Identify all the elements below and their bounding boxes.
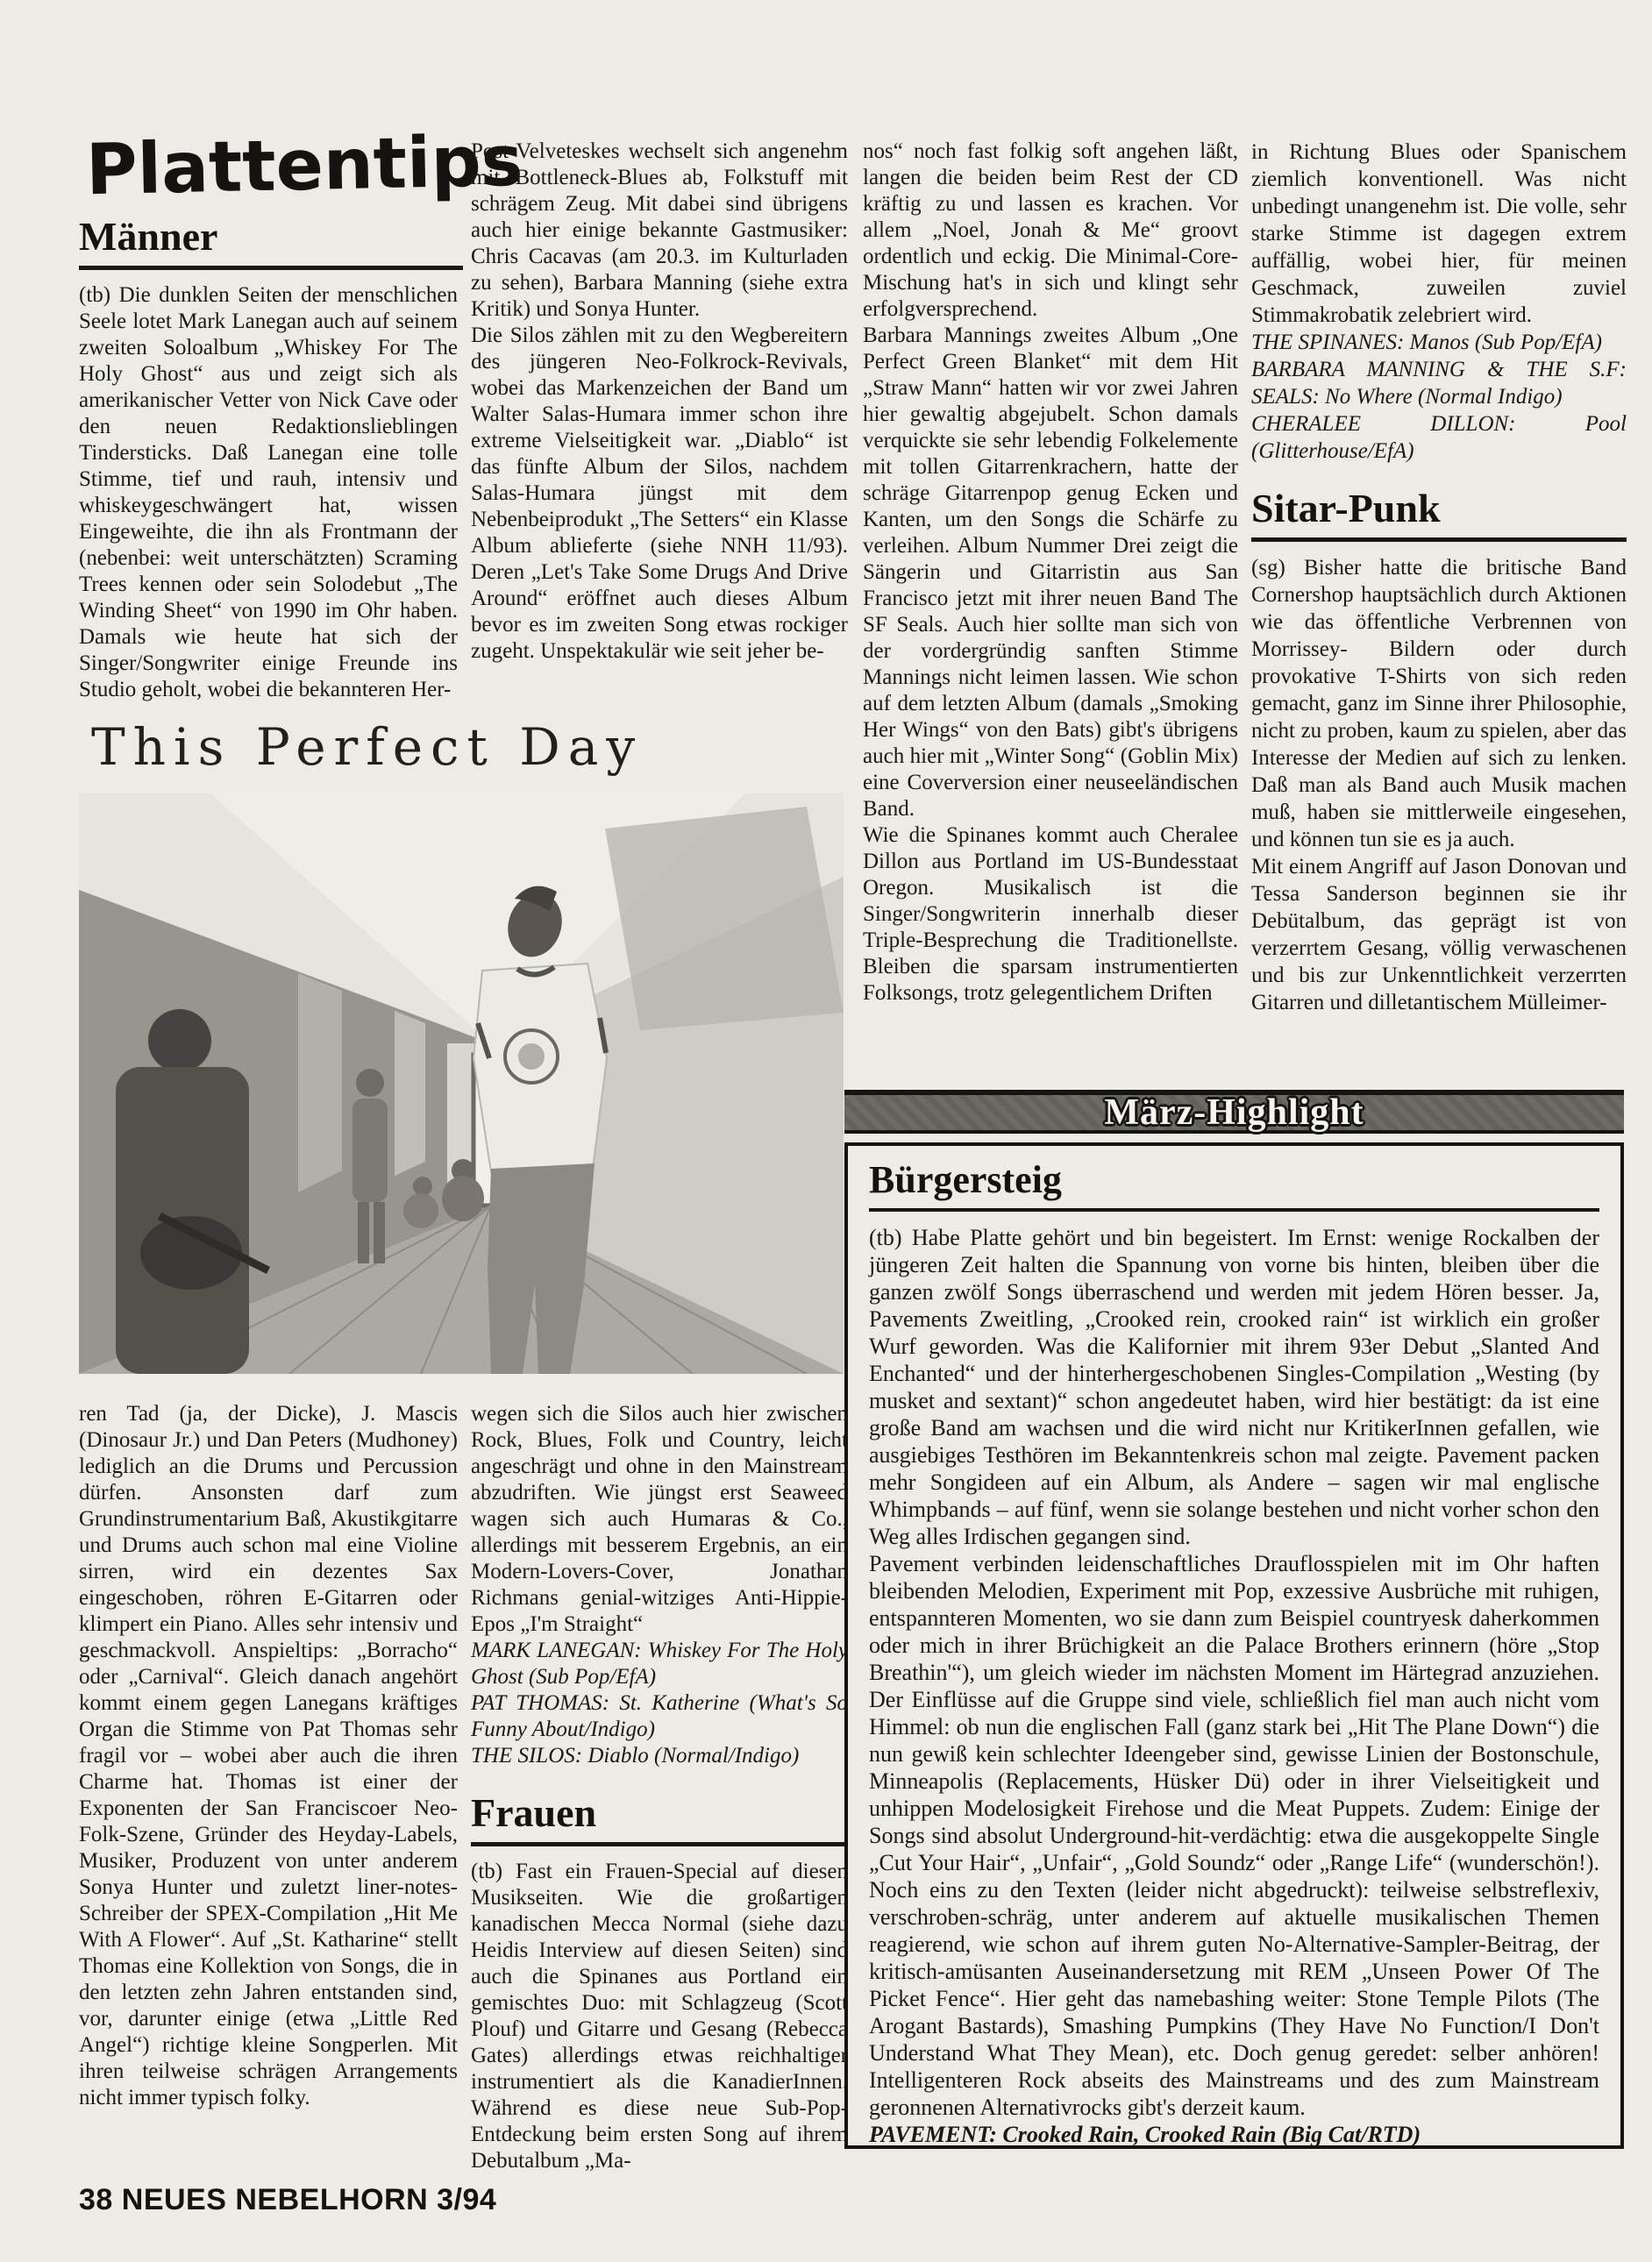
article-paragraph: wegen sich die Silos auch hier zwischen … — [471, 1401, 848, 1638]
highlight-review-text: (tb) Habe Platte gehört und bin begeiste… — [869, 1224, 1599, 2148]
album-credit-dillon: CHERALEE DILLON: Pool (Glitterhouse/EfA) — [1251, 410, 1627, 465]
article-paragraph: in Richtung Blues oder Spanischem ziemli… — [1251, 139, 1627, 329]
article-column-2-continued: wegen sich die Silos auch hier zwischen … — [471, 1401, 848, 2174]
article-paragraph: ren Tad (ja, der Dicke), J. Mascis (Dino… — [79, 1401, 458, 2111]
magazine-page: Plattentips Männer (tb) Die dunklen Seit… — [0, 0, 1652, 2262]
article-column-3: nos“ noch fast folkig soft angehen läßt,… — [863, 139, 1238, 1007]
photo-headline-this-perfect-day: This Perfect Day — [91, 717, 643, 777]
article-paragraph: (tb) Die dunklen Seiten der menschlichen… — [79, 282, 458, 703]
maerz-highlight-banner: März-Highlight — [844, 1090, 1624, 1134]
page-title: Plattentips — [85, 120, 523, 210]
article-paragraph: Wie die Spinanes kommt auch Cheralee Dil… — [863, 822, 1238, 1007]
article-column-1: (tb) Die dunklen Seiten der menschlichen… — [79, 282, 458, 703]
section-heading-buergersteig: Bürgersteig — [869, 1160, 1599, 1212]
article-column-2: Post-Velveteskes wechselt sich angenehm … — [471, 139, 848, 665]
album-credit-pavement: PAVEMENT: Crooked Rain, Crooked Rain (Bi… — [869, 2121, 1599, 2148]
album-credit-spinanes: THE SPINANES: Manos (Sub Pop/EfA) — [1251, 329, 1627, 356]
band-photo-illustration — [79, 793, 844, 1374]
article-paragraph: Die Silos zählen mit zu den Wegbereitern… — [471, 323, 848, 665]
article-column-4: in Richtung Blues oder Spanischem ziemli… — [1251, 139, 1627, 1016]
article-paragraph: Mit einem Angriff auf Jason Donovan und … — [1251, 853, 1627, 1016]
highlight-review-box: Bürgersteig (tb) Habe Platte gehört und … — [844, 1142, 1624, 2149]
album-credit-lanegan: MARK LANEGAN: Whiskey For The Holy Ghost… — [471, 1638, 848, 1690]
article-paragraph: (sg) Bisher hatte die britische Band Cor… — [1251, 554, 1627, 853]
article-paragraph: (tb) Fast ein Frauen-Special auf diesen … — [471, 1859, 848, 2174]
article-paragraph: nos“ noch fast folkig soft angehen läßt,… — [863, 139, 1238, 323]
album-credit-silos: THE SILOS: Diablo (Normal/Indigo) — [471, 1743, 848, 1769]
article-paragraph: (tb) Habe Platte gehört und bin begeiste… — [869, 1224, 1599, 1550]
article-column-1-continued: ren Tad (ja, der Dicke), J. Mascis (Dino… — [79, 1401, 458, 2111]
section-heading-frauen: Frauen — [471, 1792, 848, 1846]
section-heading-sitar-punk: Sitar-Punk — [1251, 487, 1627, 542]
article-paragraph: Barbara Mannings zweites Album „One Perf… — [863, 323, 1238, 822]
album-credit-manning: BARBARA MANNING & THE S.F: SEALS: No Whe… — [1251, 356, 1627, 410]
album-credit-thomas: PAT THOMAS: St. Katherine (What's So Fun… — [471, 1690, 848, 1743]
section-heading-maenner: Männer — [79, 216, 463, 270]
article-paragraph: Pavement verbinden leidenschaftliches Dr… — [869, 1550, 1599, 2121]
article-paragraph: Post-Velveteskes wechselt sich angenehm … — [471, 139, 848, 323]
maerz-highlight-banner-label: März-Highlight — [1104, 1092, 1364, 1134]
page-footer: 38 NEUES NEBELHORN 3/94 — [79, 2183, 496, 2217]
band-photo — [79, 793, 844, 1374]
